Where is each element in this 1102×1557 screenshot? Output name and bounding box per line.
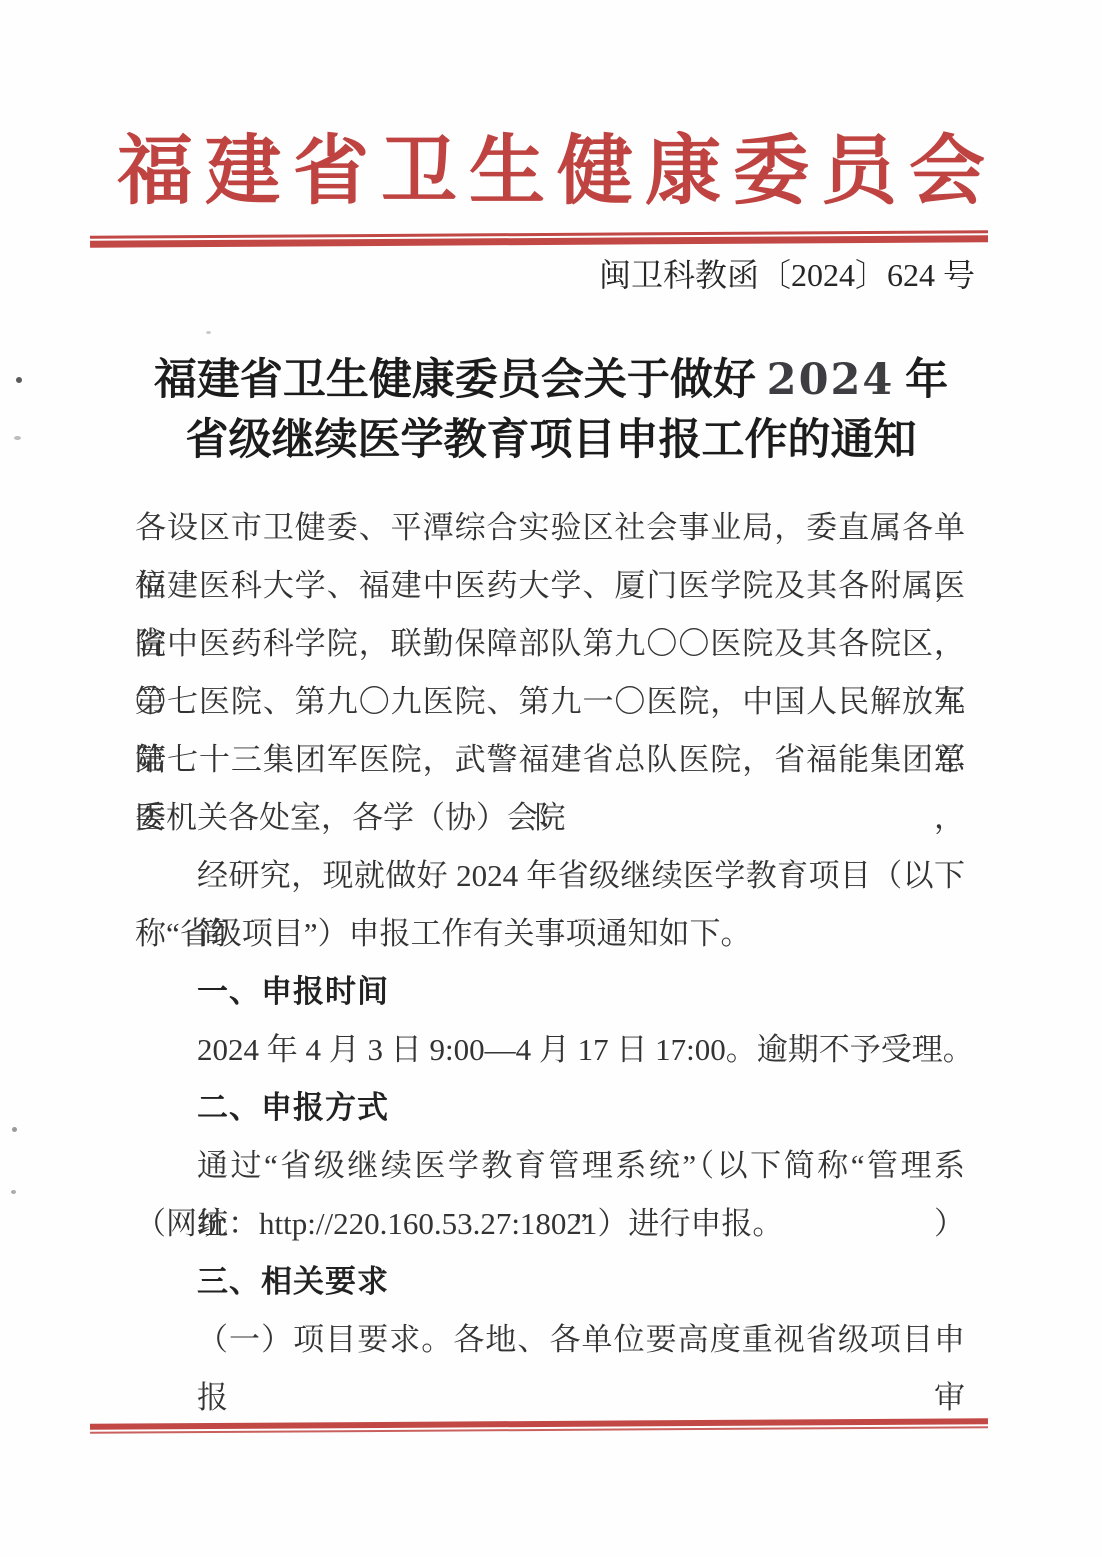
scan-speck — [11, 1190, 16, 1194]
section-2-body-1: 通过“省级继续医学教育管理系统”（以下简称“管理系统”） — [135, 1137, 965, 1195]
section-1-body: 2024 年 4 月 3 日 9:00—4 月 17 日 17:00。逾期不予受… — [135, 1021, 965, 1079]
document-title: 福建省卫生健康委员会关于做好 2024 年 省级继续医学教育项目申报工作的通知 — [0, 350, 1102, 471]
scan-speck — [206, 331, 211, 334]
document-page: 福建省卫生健康委员会 闽卫科教函〔2024〕624 号 福建省卫生健康委员会关于… — [0, 0, 1102, 1557]
section-1-heading: 一、申报时间 — [135, 963, 965, 1021]
recipients-line-1: 各设区市卫健委、平潭综合实验区社会事业局，委直属各单位， — [135, 499, 965, 557]
title-line-2: 省级继续医学教育项目申报工作的通知 — [0, 411, 1102, 471]
title-line-1: 福建省卫生健康委员会关于做好 2024 年 — [0, 350, 1102, 411]
title-line-1-prefix: 福建省卫生健康委员会关于做好 — [154, 357, 767, 404]
recipients-line-2: 福建医科大学、福建中医药大学、厦门医学院及其各附属医院， — [135, 557, 965, 615]
recipients-line-4: 〇七医院、第九〇九医院、第九一〇医院，中国人民解放军陆军 — [135, 673, 965, 731]
scan-speck — [14, 436, 21, 440]
intro-line-2: 称“省级项目”）申报工作有关事项通知如下。 — [135, 905, 965, 963]
title-year: 2024 — [767, 355, 895, 405]
scan-speck — [12, 1127, 17, 1132]
recipients-line-3: 省中医药科学院，联勤保障部队第九〇〇医院及其各院区，第九 — [135, 615, 965, 673]
letterhead-title: 福建省卫生健康委员会 — [0, 122, 1102, 222]
doc-number: 闽卫科教函〔2024〕624 号 — [599, 252, 975, 298]
section-3-body: （一）项目要求。各地、各单位要高度重视省级项目申报审 — [135, 1311, 965, 1369]
section-2-heading: 二、申报方式 — [135, 1079, 965, 1137]
document-body: 各设区市卫健委、平潭综合实验区社会事业局，委直属各单位， 福建医科大学、福建中医… — [135, 499, 965, 1369]
section-3-heading: 三、相关要求 — [135, 1253, 965, 1311]
intro-line-1: 经研究，现就做好 2024 年省级继续医学教育项目（以下简 — [135, 847, 965, 905]
recipients-line-5: 第七十三集团军医院，武警福建省总队医院，省福能集团总医院， — [135, 731, 965, 789]
title-line-1-suffix: 年 — [894, 357, 948, 404]
scan-speck — [16, 377, 22, 383]
header-rule — [90, 230, 988, 247]
